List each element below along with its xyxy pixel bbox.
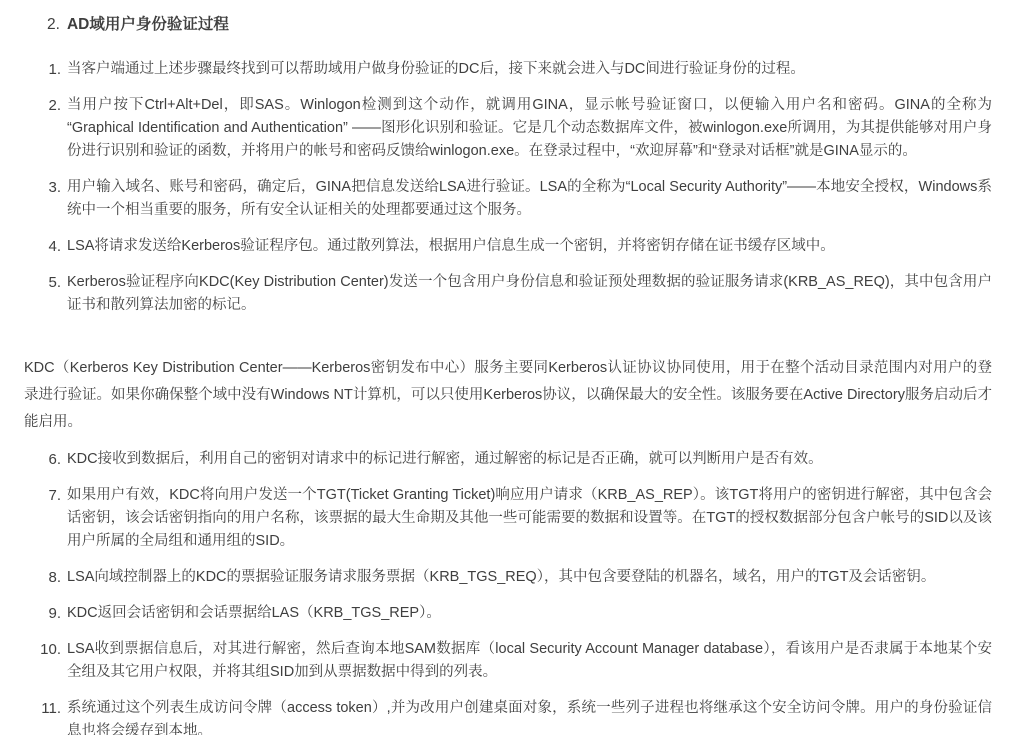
step-text: 用户输入域名、账号和密码，确定后，GINA把信息发送给LSA进行验证。LSA的全…: [67, 176, 992, 222]
section-heading: 2.AD域用户身份验证过程: [47, 12, 992, 38]
step-number: 4.: [24, 235, 61, 258]
step-text: KDC返回会话密钥和会话票据给LAS（KRB_TGS_REP）。: [67, 602, 992, 625]
step-item-3: 3. 用户输入域名、账号和密码，确定后，GINA把信息发送给LSA进行验证。LS…: [24, 176, 992, 222]
step-item-5: 5. Kerberos验证程序向KDC(Key Distribution Cen…: [24, 271, 992, 317]
step-text: 当客户端通过上述步骤最终找到可以帮助域用户做身份验证的DC后，接下来就会进入与D…: [67, 58, 992, 81]
section-heading-number: 2.: [47, 16, 60, 33]
step-item-4: 4. LSA将请求发送给Kerberos验证程序包。通过散列算法，根据用户信息生…: [24, 235, 992, 258]
kdc-paragraph: KDC（Kerberos Key Distribution Center——Ke…: [24, 355, 992, 436]
step-text: KDC接收到数据后，利用自己的密钥对请求中的标记进行解密，通过解密的标记是否正确…: [67, 448, 992, 471]
step-item-6: 6. KDC接收到数据后，利用自己的密钥对请求中的标记进行解密，通过解密的标记是…: [24, 448, 992, 471]
step-number: 1.: [24, 58, 61, 81]
document-content: 2.AD域用户身份验证过程 1. 当客户端通过上述步骤最终找到可以帮助域用户做身…: [0, 0, 1014, 735]
step-item-9: 9. KDC返回会话密钥和会话票据给LAS（KRB_TGS_REP）。: [24, 602, 992, 625]
step-text: 如果用户有效，KDC将向用户发送一个TGT(Ticket Granting Ti…: [67, 484, 992, 553]
step-number: 8.: [24, 566, 61, 589]
step-text: LSA向域控制器上的KDC的票据验证服务请求服务票据（KRB_TGS_REQ），…: [67, 566, 992, 589]
page-title: AD域用户身份验证过程: [67, 16, 229, 33]
steps-list-part2: 6. KDC接收到数据后，利用自己的密钥对请求中的标记进行解密，通过解密的标记是…: [24, 448, 992, 735]
step-text: LSA收到票据信息后，对其进行解密，然后查询本地SAM数据库（local Sec…: [67, 638, 992, 684]
steps-list-part1: 1. 当客户端通过上述步骤最终找到可以帮助域用户做身份验证的DC后，接下来就会进…: [24, 58, 992, 317]
step-number: 9.: [24, 602, 61, 625]
step-text: Kerberos验证程序向KDC(Key Distribution Center…: [67, 271, 992, 317]
step-item-11: 11. 系统通过这个列表生成访问令牌（access token）,并为改用户创建…: [24, 697, 992, 735]
step-item-1: 1. 当客户端通过上述步骤最终找到可以帮助域用户做身份验证的DC后，接下来就会进…: [24, 58, 992, 81]
step-text: LSA将请求发送给Kerberos验证程序包。通过散列算法，根据用户信息生成一个…: [67, 235, 992, 258]
step-item-8: 8. LSA向域控制器上的KDC的票据验证服务请求服务票据（KRB_TGS_RE…: [24, 566, 992, 589]
step-number: 5.: [24, 271, 61, 294]
step-item-7: 7. 如果用户有效，KDC将向用户发送一个TGT(Ticket Granting…: [24, 484, 992, 553]
step-number: 11.: [24, 697, 61, 720]
step-number: 2.: [24, 94, 61, 117]
step-number: 7.: [24, 484, 61, 507]
step-item-10: 10. LSA收到票据信息后，对其进行解密，然后查询本地SAM数据库（local…: [24, 638, 992, 684]
step-number: 10.: [24, 638, 61, 661]
step-text: 当用户按下Ctrl+Alt+Del，即SAS。Winlogon检测到这个动作，就…: [67, 94, 992, 163]
step-item-2: 2. 当用户按下Ctrl+Alt+Del，即SAS。Winlogon检测到这个动…: [24, 94, 992, 163]
step-text: 系统通过这个列表生成访问令牌（access token）,并为改用户创建桌面对象…: [67, 697, 992, 735]
step-number: 3.: [24, 176, 61, 199]
step-number: 6.: [24, 448, 61, 471]
